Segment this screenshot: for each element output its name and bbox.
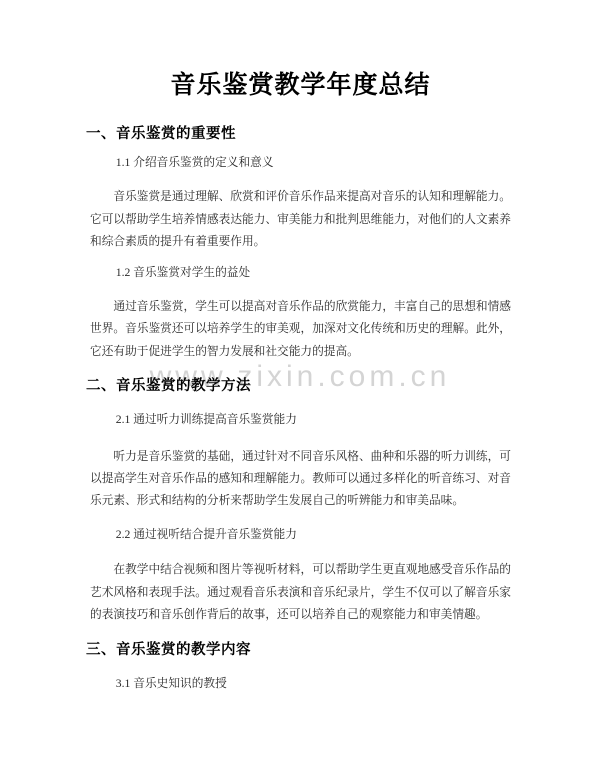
section-heading-2: 二、音乐鉴赏的教学方法 — [86, 375, 511, 397]
paragraph-2-2: 在教学中结合视频和图片等视听材料，可以帮助学生更直观地感受音乐作品的艺术风格和表… — [90, 559, 511, 626]
document-page: www.zixin.com.cn 音乐鉴赏教学年度总结 一、音乐鉴赏的重要性 1… — [0, 0, 600, 776]
paragraph-2-1: 听力是音乐鉴赏的基础，通过针对不同音乐风格、曲种和乐器的听力训练，可以提高学生对… — [90, 446, 511, 513]
subheading-1-2: 1.2 音乐鉴赏对学生的益处 — [90, 262, 511, 284]
paragraph-1-2: 通过音乐鉴赏，学生可以提高对音乐作品的欣赏能力，丰富自己的思想和情感世界。音乐鉴… — [90, 296, 511, 363]
document-title: 音乐鉴赏教学年度总结 — [90, 68, 511, 102]
subheading-3-1: 3.1 音乐史知识的教授 — [90, 673, 511, 695]
subheading-2-1: 2.1 通过听力训练提高音乐鉴赏能力 — [90, 409, 511, 431]
subheading-1-1: 1.1 介绍音乐鉴赏的定义和意义 — [90, 152, 511, 174]
section-heading-3: 三、音乐鉴赏的教学内容 — [86, 639, 511, 661]
section-heading-1: 一、音乐鉴赏的重要性 — [86, 123, 511, 145]
document-content: 音乐鉴赏教学年度总结 一、音乐鉴赏的重要性 1.1 介绍音乐鉴赏的定义和意义 音… — [0, 0, 600, 695]
paragraph-1-1: 音乐鉴赏是通过理解、欣赏和评价音乐作品来提高对音乐的认知和理解能力。它可以帮助学… — [90, 186, 511, 253]
subheading-2-2: 2.2 通过视听结合提升音乐鉴赏能力 — [90, 524, 511, 546]
